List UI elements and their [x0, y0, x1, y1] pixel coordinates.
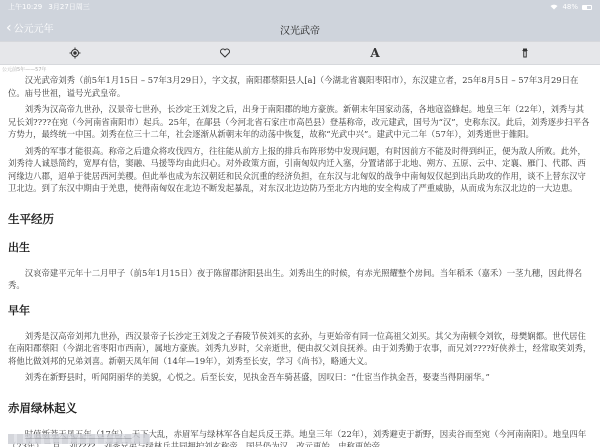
watermark — [8, 434, 150, 444]
status-time-date: 上午10:29 3月27日周三 — [8, 2, 90, 12]
bookmark-icon — [519, 47, 531, 59]
font-size-button[interactable]: A — [300, 42, 450, 64]
heart-icon — [219, 47, 231, 59]
early-years-paragraph-1: 刘秀是汉高帝刘邦九世孙，西汉景帝子长沙定王刘发之子舂陵节侯刘买的玄孙，与更始帝有… — [8, 330, 592, 368]
back-label: 公元元年 — [14, 20, 54, 35]
birth-paragraph: 汉哀帝建平元年十二月甲子（前5年1月15日）夜于陈留郡济阳县出生。刘秀出生的时候… — [8, 267, 592, 292]
locate-icon — [69, 47, 81, 59]
status-indicators: 48% — [550, 3, 592, 11]
article-content: 公元前5年——57年 汉光武帝刘秀（前5年1月15日 – 57年3月29日），字… — [0, 66, 600, 447]
subsection-heading-birth: 出生 — [8, 239, 592, 255]
section-heading-life: 生平经历 — [8, 211, 592, 227]
intro-paragraph-1: 汉光武帝刘秀（前5年1月15日 – 57年3月29日），字文叔，南阳郡蔡阳县人[… — [8, 74, 592, 99]
section-heading-uprising: 赤眉绿林起义 — [8, 400, 592, 416]
wifi-icon — [550, 4, 558, 10]
battery-percent: 48% — [562, 3, 578, 11]
chevron-left-icon: ‹ — [6, 21, 12, 35]
status-time: 上午10:29 — [8, 3, 42, 11]
intro-paragraph-3: 刘秀的军事才能很高。称帝之后遣众将攻伐四方，往往能从前方上报的排兵布阵形势中发现… — [8, 145, 592, 195]
article-toolbar: A — [0, 41, 600, 65]
battery-icon — [582, 5, 592, 10]
font-size-icon: A — [370, 46, 379, 60]
locate-button[interactable] — [0, 42, 150, 64]
intro-paragraph-2: 刘秀为汉高帝九世孙，汉景帝七世孙，长沙定王刘发之后，出身于南阳郡的地方豪族。新朝… — [8, 103, 592, 141]
navigation-bar: ‹ 公元元年 汉光武帝 — [0, 14, 600, 41]
article-caption: 公元前5年——57年 — [2, 66, 592, 74]
favorite-button[interactable] — [150, 42, 300, 64]
page-title: 汉光武帝 — [0, 22, 600, 37]
early-years-paragraph-2: 刘秀在新野县时，听闻阴丽华的美貌，心悦之。后至长安，见执金吾车骑甚盛，因叹曰：“… — [8, 371, 592, 384]
status-date: 3月27日周三 — [48, 3, 89, 11]
back-button[interactable]: ‹ 公元元年 — [6, 20, 54, 35]
status-bar: 上午10:29 3月27日周三 48% — [0, 0, 600, 14]
bookmark-button[interactable] — [450, 42, 600, 64]
subsection-heading-early-years: 早年 — [8, 302, 592, 318]
